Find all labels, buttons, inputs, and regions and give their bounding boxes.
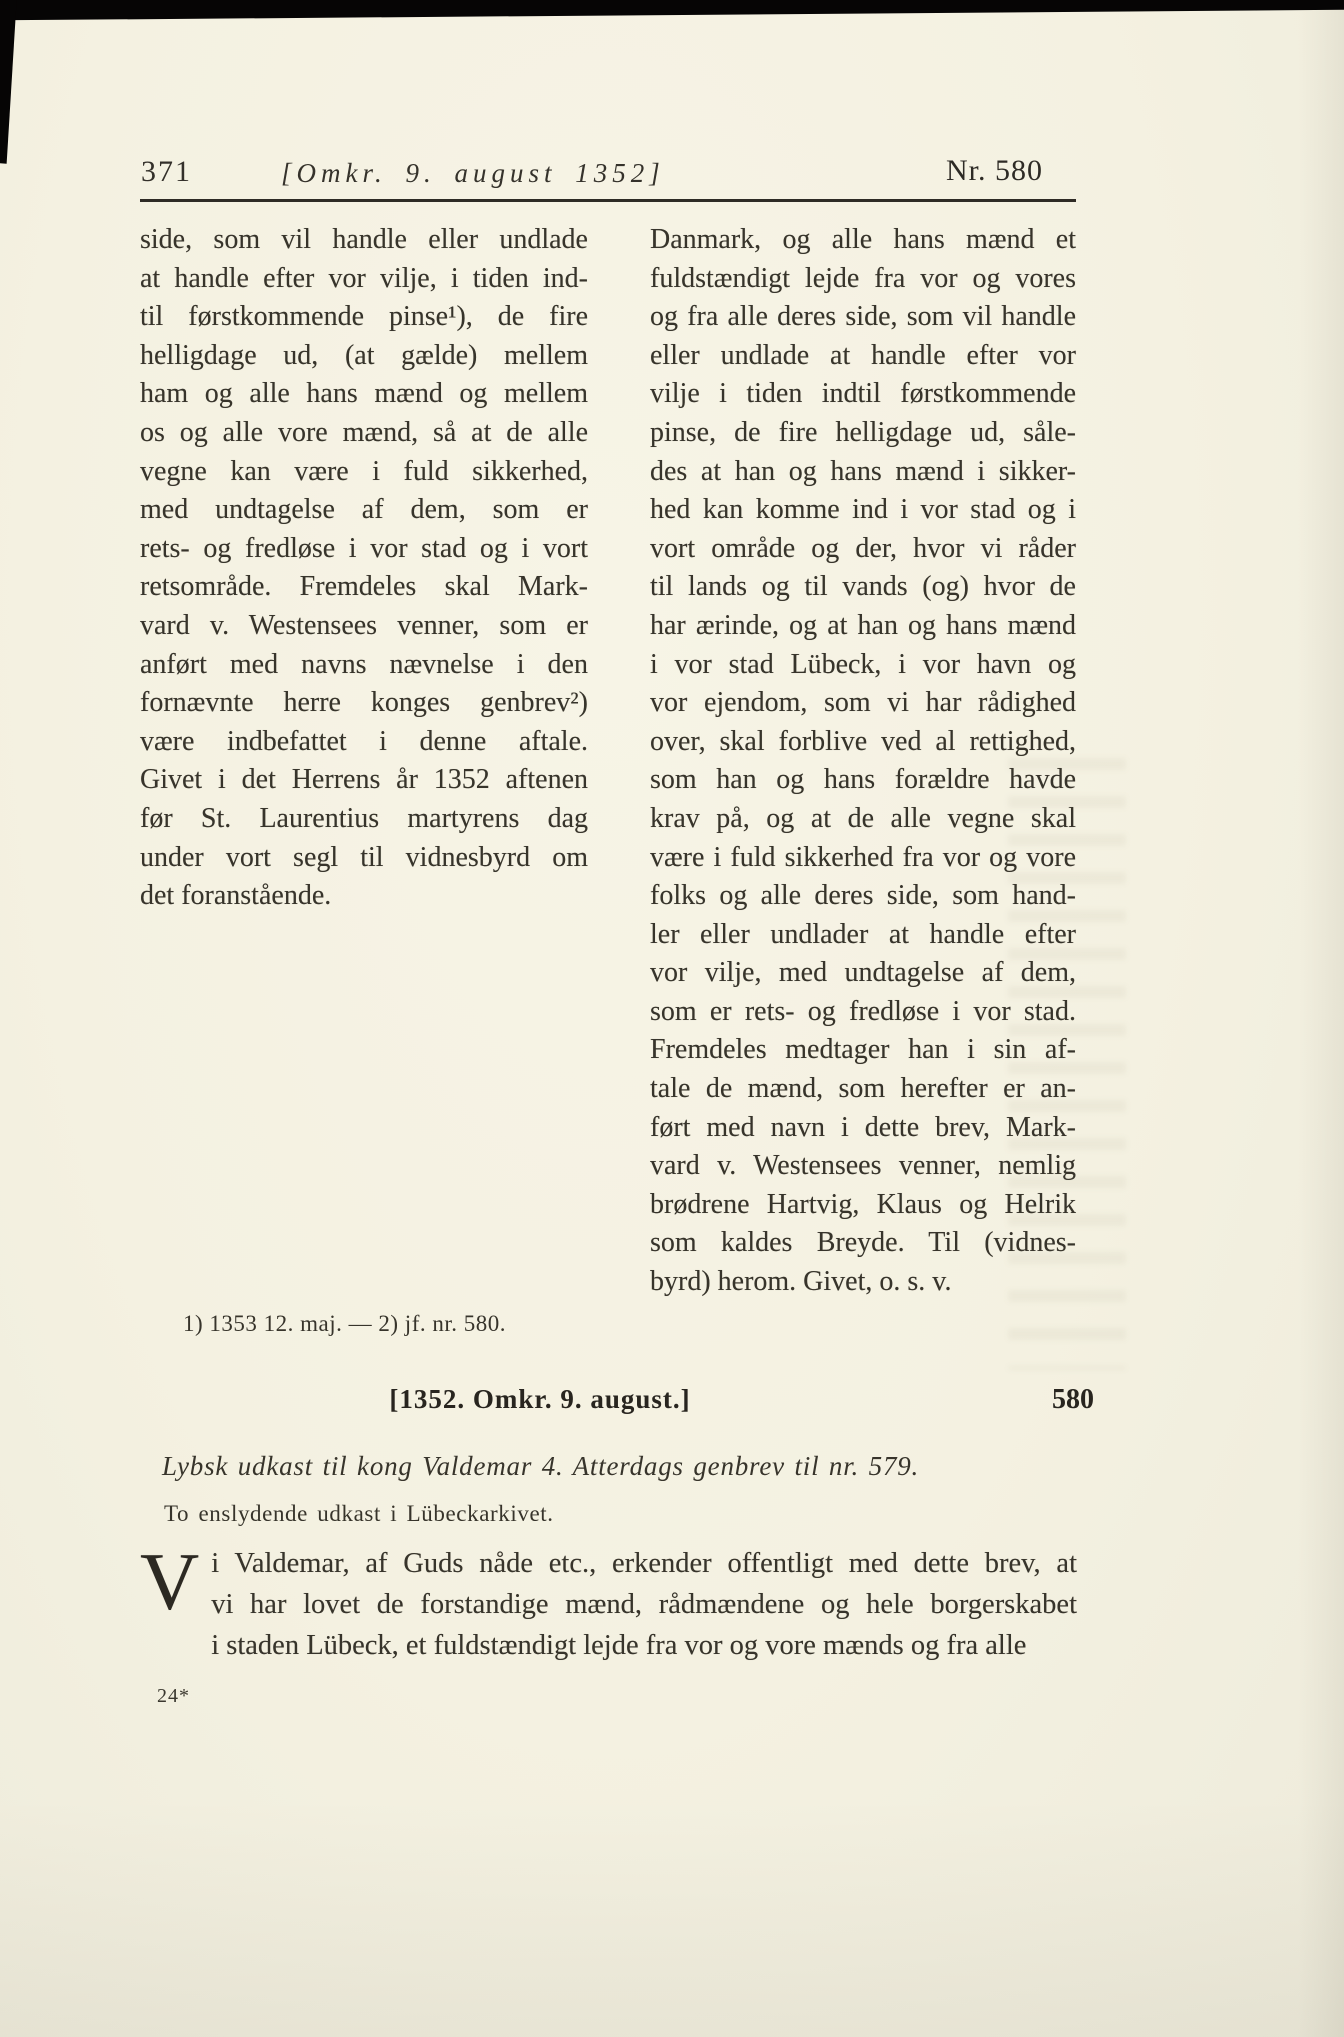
text-line: helligdage ud, (at gælde) mellem (140, 337, 588, 376)
text-line: til lands og til vands (og) hvor de (650, 568, 1076, 607)
entry-body: V i Valdemar, af Guds nåde etc., erkende… (140, 1543, 1077, 1666)
text-line: under vort segl til vidnesbyrd om (140, 839, 588, 878)
text-line: med undtagelse af dem, som er (140, 491, 588, 530)
text-line: det foranstående. (140, 877, 588, 916)
book-page: 371 [Omkr. 9. august 1352] Nr. 580 side,… (0, 0, 1344, 2037)
text-line: over, skal forblive ved al rettighed, (650, 723, 1076, 762)
text-line: være indbefattet i denne aftale. (140, 723, 588, 762)
entry-number: 580 (1030, 1384, 1094, 1416)
archive-note: To enslydende udkast i Lübeckarkivet. (164, 1501, 554, 1527)
footnote: 1) 1353 12. maj. — 2) jf. nr. 580. (183, 1311, 506, 1337)
page-number: 371 (141, 155, 192, 189)
header-number-label: Nr. 580 (946, 154, 1043, 188)
text-line: fornævnte herre konges genbrev²) (140, 684, 588, 723)
text-line: Danmark, og alle hans mænd et (650, 221, 1076, 260)
text-line: retsområde. Fremdeles skal Mark- (140, 568, 588, 607)
body-line: i Valdemar, af Guds nåde etc., erkender … (140, 1543, 1077, 1584)
text-line: til førstkommende pinse¹), de fire (140, 298, 588, 337)
body-line: i staden Lübeck, et fuldstændigt lejde f… (140, 1625, 1077, 1666)
scan-top-edge (0, 0, 1344, 20)
running-title: [Omkr. 9. august 1352] (281, 158, 665, 189)
text-line: pinse, de fire helligdage ud, såle- (650, 414, 1076, 453)
bleed-through-ghost (1008, 758, 1126, 1370)
text-line: anført med navns nævnelse i den (140, 646, 588, 685)
text-line: Givet i det Herrens år 1352 aftenen (140, 761, 588, 800)
text-line: vor ejendom, som vi har rådighed (650, 684, 1076, 723)
text-line: før St. Laurentius martyrens dag (140, 800, 588, 839)
text-line: vilje i tiden indtil førstkommende (650, 375, 1076, 414)
text-line: side, som vil handle eller undlade (140, 221, 588, 260)
text-line: har ærinde, og at han og hans mænd (650, 607, 1076, 646)
text-line: og fra alle deres side, som vil handle (650, 298, 1076, 337)
header-rule (140, 199, 1076, 202)
left-column: side, som vil handle eller undlade at ha… (140, 221, 588, 916)
text-line: os og alle vore mænd, så at de alle (140, 414, 588, 453)
text-line: rets- og fredløse i vor stad og i vort (140, 530, 588, 569)
text-line: i vor stad Lübeck, i vor havn og (650, 646, 1076, 685)
text-line: vegne kan være i fuld sikkerhed, (140, 453, 588, 492)
text-line: hed kan komme ind i vor stad og i (650, 491, 1076, 530)
text-line: vort område og der, hvor vi råder (650, 530, 1076, 569)
entry-regest: Lybsk udkast til kong Valdemar 4. Atterd… (162, 1451, 1062, 1482)
scan-left-edge-shadow (0, 0, 17, 164)
signature-mark: 24* (157, 1685, 190, 1708)
text-line: at handle efter vor vilje, i tiden ind- (140, 260, 588, 299)
text-line: ham og alle hans mænd og mellem (140, 375, 588, 414)
text-line: des at han og hans mænd i sikker- (650, 453, 1076, 492)
body-line: vi har lovet de forstandige mænd, rådmæn… (140, 1584, 1077, 1625)
text-line: fuldstændigt lejde fra vor og vores (650, 260, 1076, 299)
text-line: eller undlade at handle efter vor (650, 337, 1076, 376)
text-line: vard v. Westensees venner, som er (140, 607, 588, 646)
drop-cap: V (140, 1543, 211, 1627)
entry-heading: [1352. Omkr. 9. august.] (140, 1384, 940, 1415)
